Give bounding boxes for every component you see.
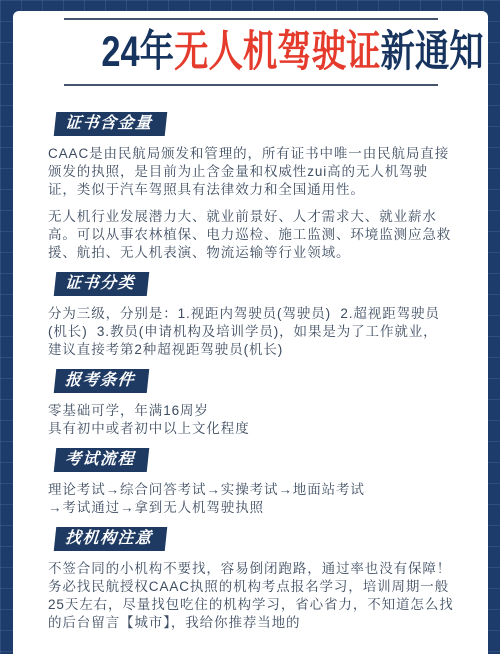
title-block: 24年无人机驾驶证新通知: [64, 18, 438, 86]
badge-certificate-value: 证书含金量: [54, 112, 167, 136]
paragraph-caac-intro: CAAC是由民航局颁发和管理的，所有证书中唯一由民航局直接 颁发的执照，是目前为…: [48, 145, 470, 199]
badge-row: 证书含金量: [55, 112, 470, 136]
section-certificate-types: 证书分类 分为三级，分别是：1.视距内驾驶员(驾驶员) 2.超视距驾驶员 (机长…: [48, 272, 470, 359]
badge-label: 找机构注意: [64, 530, 153, 547]
poster: { "title": { "part1": "24年", "part2": "无…: [0, 0, 500, 654]
badge-label: 考试流程: [64, 451, 135, 468]
title-segment-subject: 无人机驾驶证: [174, 28, 380, 76]
badge-institution-tips: 找机构注意: [54, 527, 167, 551]
badge-exam-process: 考试流程: [54, 448, 150, 472]
section-exam-process: 考试流程 理论考试→综合问答考试→实操考试→地面站考试 →考试通过→拿到无人机驾…: [48, 448, 470, 517]
title-segment-year: 24年: [101, 28, 174, 76]
badge-label: 报考条件: [64, 372, 135, 389]
section-application-requirements: 报考条件 零基础可学，年满16周岁 具有初中或者初中以上文化程度: [48, 369, 470, 438]
badge-row: 找机构注意: [55, 527, 470, 551]
section-certificate-value: 证书含金量 CAAC是由民航局颁发和管理的，所有证书中唯一由民航局直接 颁发的执…: [48, 112, 470, 262]
badge-row: 证书分类: [55, 272, 470, 296]
title-segment-notice: 新通知: [380, 28, 483, 76]
content-card: 24年无人机驾驶证新通知 证书含金量 CAAC是由民航局颁发和管理的，所有证书中…: [13, 11, 488, 654]
content-sections: 证书含金量 CAAC是由民航局颁发和管理的，所有证书中唯一由民航局直接 颁发的执…: [13, 112, 488, 632]
paragraph-institution-advice: 不签合同的小机构不要找，容易倒闭跑路，通过率也没有保障！ 务必找民航授权CAAC…: [48, 560, 470, 632]
paragraph-industry-outlook: 无人机行业发展潜力大、就业前景好、人才需求大、就业薪水 高。可以从事农林植保、电…: [48, 208, 470, 262]
page-title: 24年无人机驾驶证新通知: [101, 21, 400, 83]
badge-label: 证书含金量: [64, 115, 153, 132]
paragraph-requirements: 零基础可学，年满16周岁 具有初中或者初中以上文化程度: [48, 402, 470, 438]
section-institution-tips: 找机构注意 不签合同的小机构不要找，容易倒闭跑路，通过率也没有保障！ 务必找民航…: [48, 527, 470, 632]
badge-row: 考试流程: [55, 448, 470, 472]
badge-certificate-types: 证书分类: [54, 272, 150, 296]
paragraph-exam-steps: 理论考试→综合问答考试→实操考试→地面站考试 →考试通过→拿到无人机驾驶执照: [48, 481, 470, 517]
paragraph-three-levels: 分为三级，分别是：1.视距内驾驶员(驾驶员) 2.超视距驾驶员 (机长) 3.教…: [48, 305, 470, 359]
badge-application-requirements: 报考条件: [54, 369, 150, 393]
badge-label: 证书分类: [64, 275, 135, 292]
badge-row: 报考条件: [55, 369, 470, 393]
